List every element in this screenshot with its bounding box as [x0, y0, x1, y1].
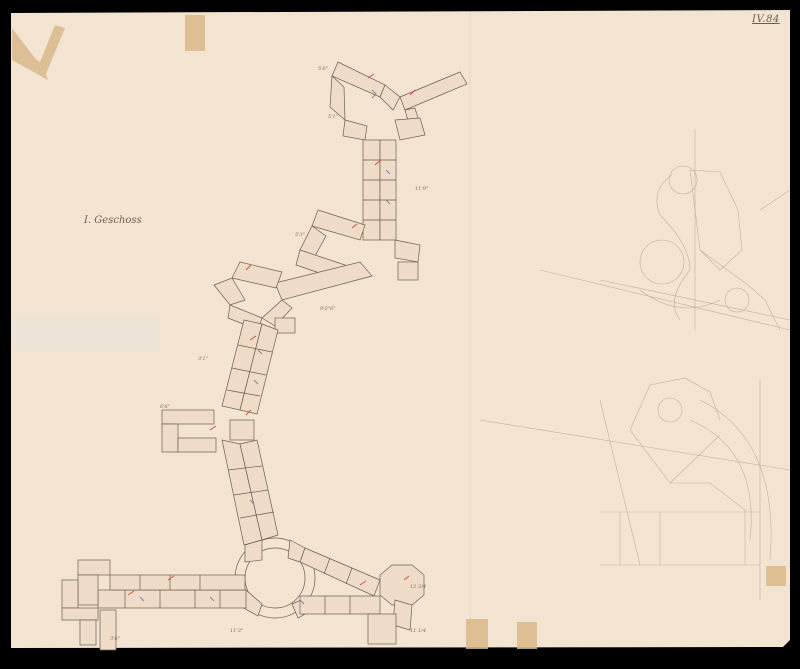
svg-text:5'3": 5'3": [295, 232, 305, 238]
svg-text:6'6": 6'6": [160, 404, 170, 410]
white-paper-strip: [12, 317, 160, 351]
drawing-sheet: 5'6" 5'1" 11'9" 5'3" 9'0"6" 3'1" 6'6" 12…: [0, 0, 800, 669]
svg-text:12 3/4: 12 3/4: [410, 584, 426, 590]
handwritten-title: I. Geschoss: [84, 215, 142, 226]
svg-text:5'1": 5'1": [328, 114, 338, 120]
svg-text:11'9": 11'9": [415, 186, 428, 192]
svg-text:11'3": 11'3": [230, 628, 243, 634]
svg-text:9'0"6": 9'0"6": [320, 306, 336, 312]
catalog-number: IV.84: [752, 14, 780, 25]
svg-text:3'1": 3'1": [198, 356, 208, 362]
svg-text:5'6": 5'6": [318, 66, 328, 72]
svg-text:3'6": 3'6": [110, 636, 120, 642]
svg-text:11 1/4: 11 1/4: [410, 628, 426, 634]
